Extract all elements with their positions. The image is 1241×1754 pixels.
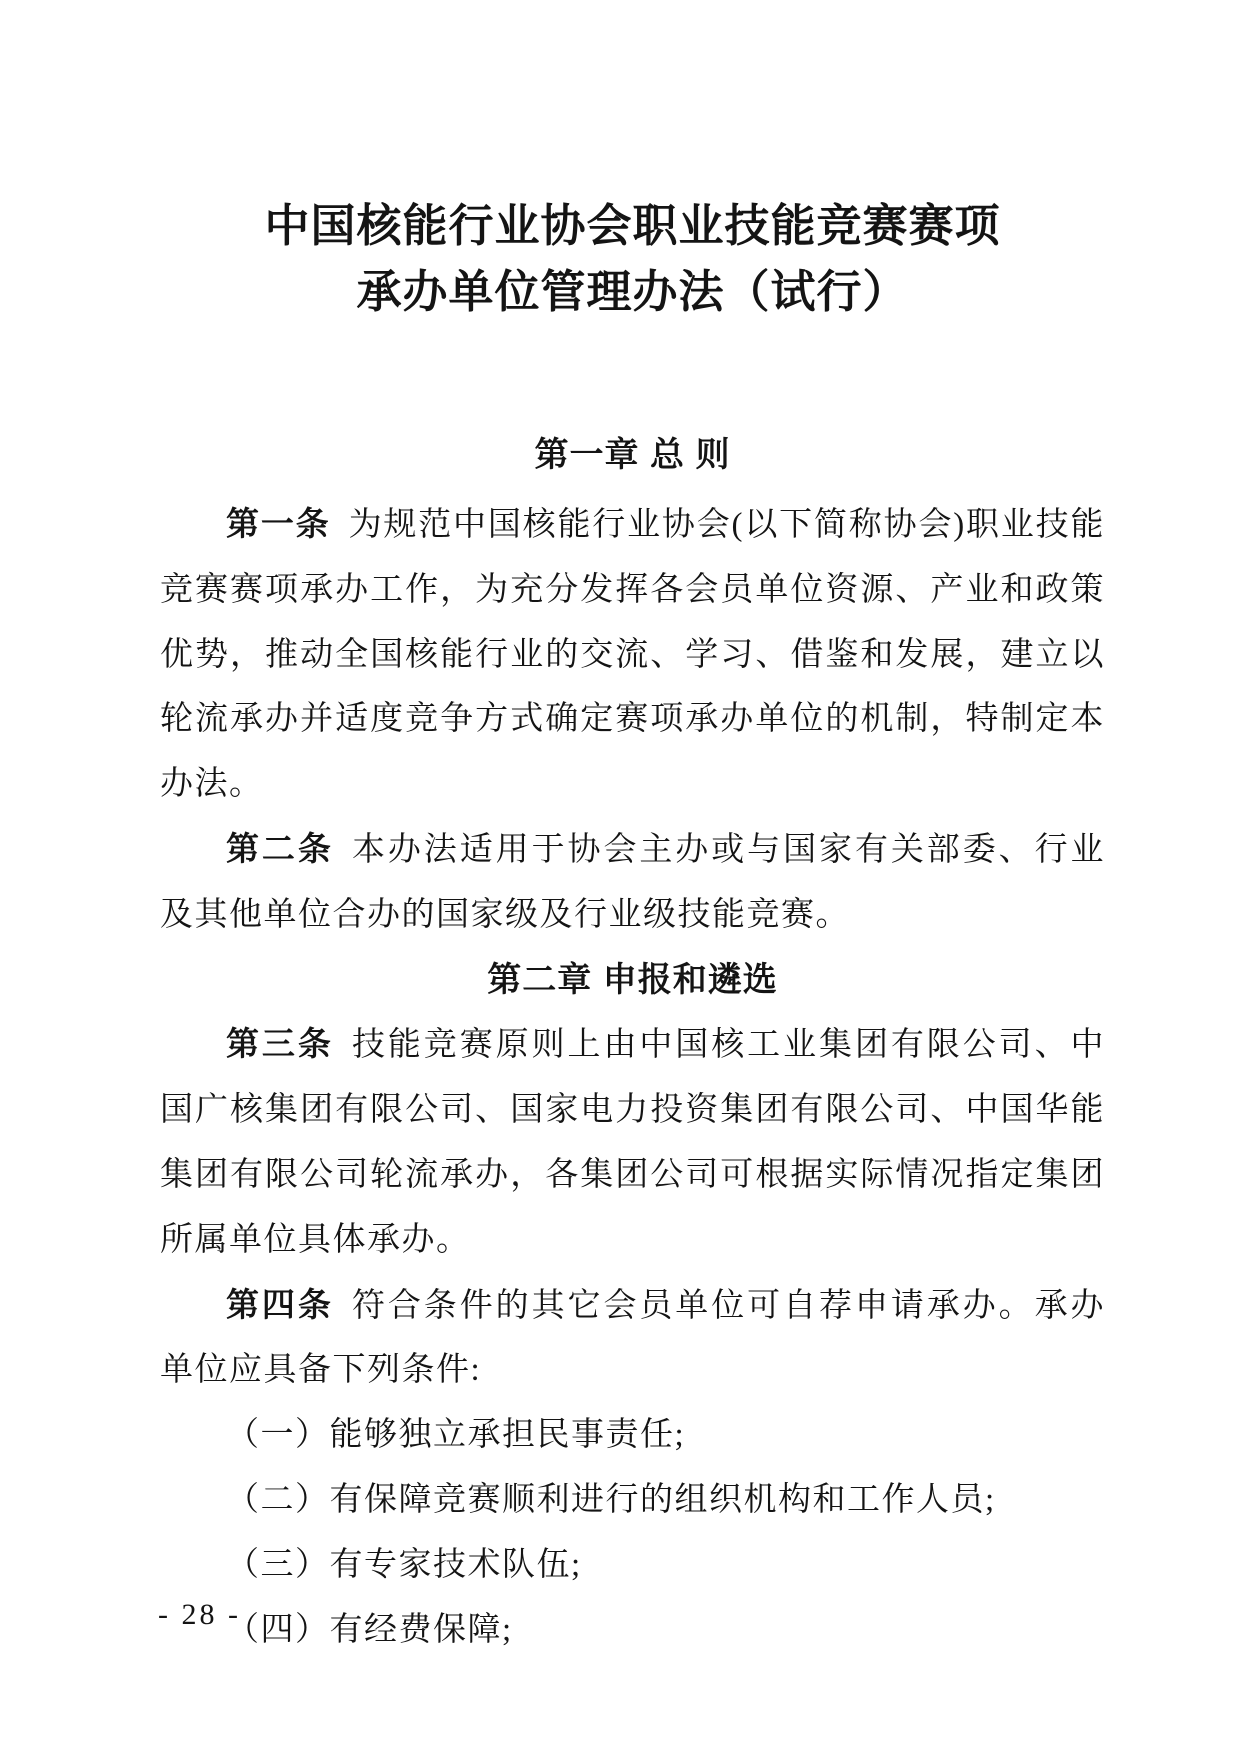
condition-item-3: （三）有专家技术队伍; (160, 1533, 1105, 1598)
article4-paragraph: 第四条符合条件的其它会员单位可自荐申请承办。承办单位应具备下列条件: (160, 1273, 1105, 1404)
document-page: 中国核能行业协会职业技能竞赛赛项 承办单位管理办法（试行） 第一章 总 则 第一… (0, 0, 1241, 1754)
page-number: - 28 - (158, 1598, 241, 1632)
document-title: 中国核能行业协会职业技能竞赛赛项 承办单位管理办法（试行） (160, 193, 1105, 325)
article1-label: 第一条 (226, 505, 330, 542)
article1-text: 为规范中国核能行业协会(以下简称协会)职业技能竞赛赛项承办工作，为充分发挥各会员… (160, 507, 1105, 802)
condition-item-4: （四）有经费保障; (160, 1598, 1105, 1663)
condition-item-2: （二）有保障竞赛顺利进行的组织机构和工作人员; (160, 1468, 1105, 1533)
document-title-line1: 中国核能行业协会职业技能竞赛赛项 (264, 201, 1000, 251)
chapter2-heading: 第二章 申报和遴选 (160, 948, 1105, 1013)
article3-paragraph: 第三条技能竞赛原则上由中国核工业集团有限公司、中国广核集团有限公司、国家电力投资… (160, 1012, 1105, 1272)
article4-label: 第四条 (226, 1286, 334, 1323)
document-title-line2: 承办单位管理办法（试行） (356, 267, 908, 317)
article2-label: 第二条 (226, 830, 334, 867)
document-content: 中国核能行业协会职业技能竞赛赛项 承办单位管理办法（试行） 第一章 总 则 第一… (160, 0, 1105, 1662)
article2-paragraph: 第二条本办法适用于协会主办或与国家有关部委、行业及其他单位合办的国家级及行业级技… (160, 817, 1105, 948)
chapter1-heading: 第一章 总 则 (160, 432, 1105, 478)
article1-paragraph: 第一条为规范中国核能行业协会(以下简称协会)职业技能竞赛赛项承办工作，为充分发挥… (160, 492, 1105, 817)
condition-item-1: （一）能够独立承担民事责任; (160, 1403, 1105, 1468)
article3-label: 第三条 (226, 1025, 334, 1062)
document-body: 第一条为规范中国核能行业协会(以下简称协会)职业技能竞赛赛项承办工作，为充分发挥… (160, 492, 1105, 1662)
